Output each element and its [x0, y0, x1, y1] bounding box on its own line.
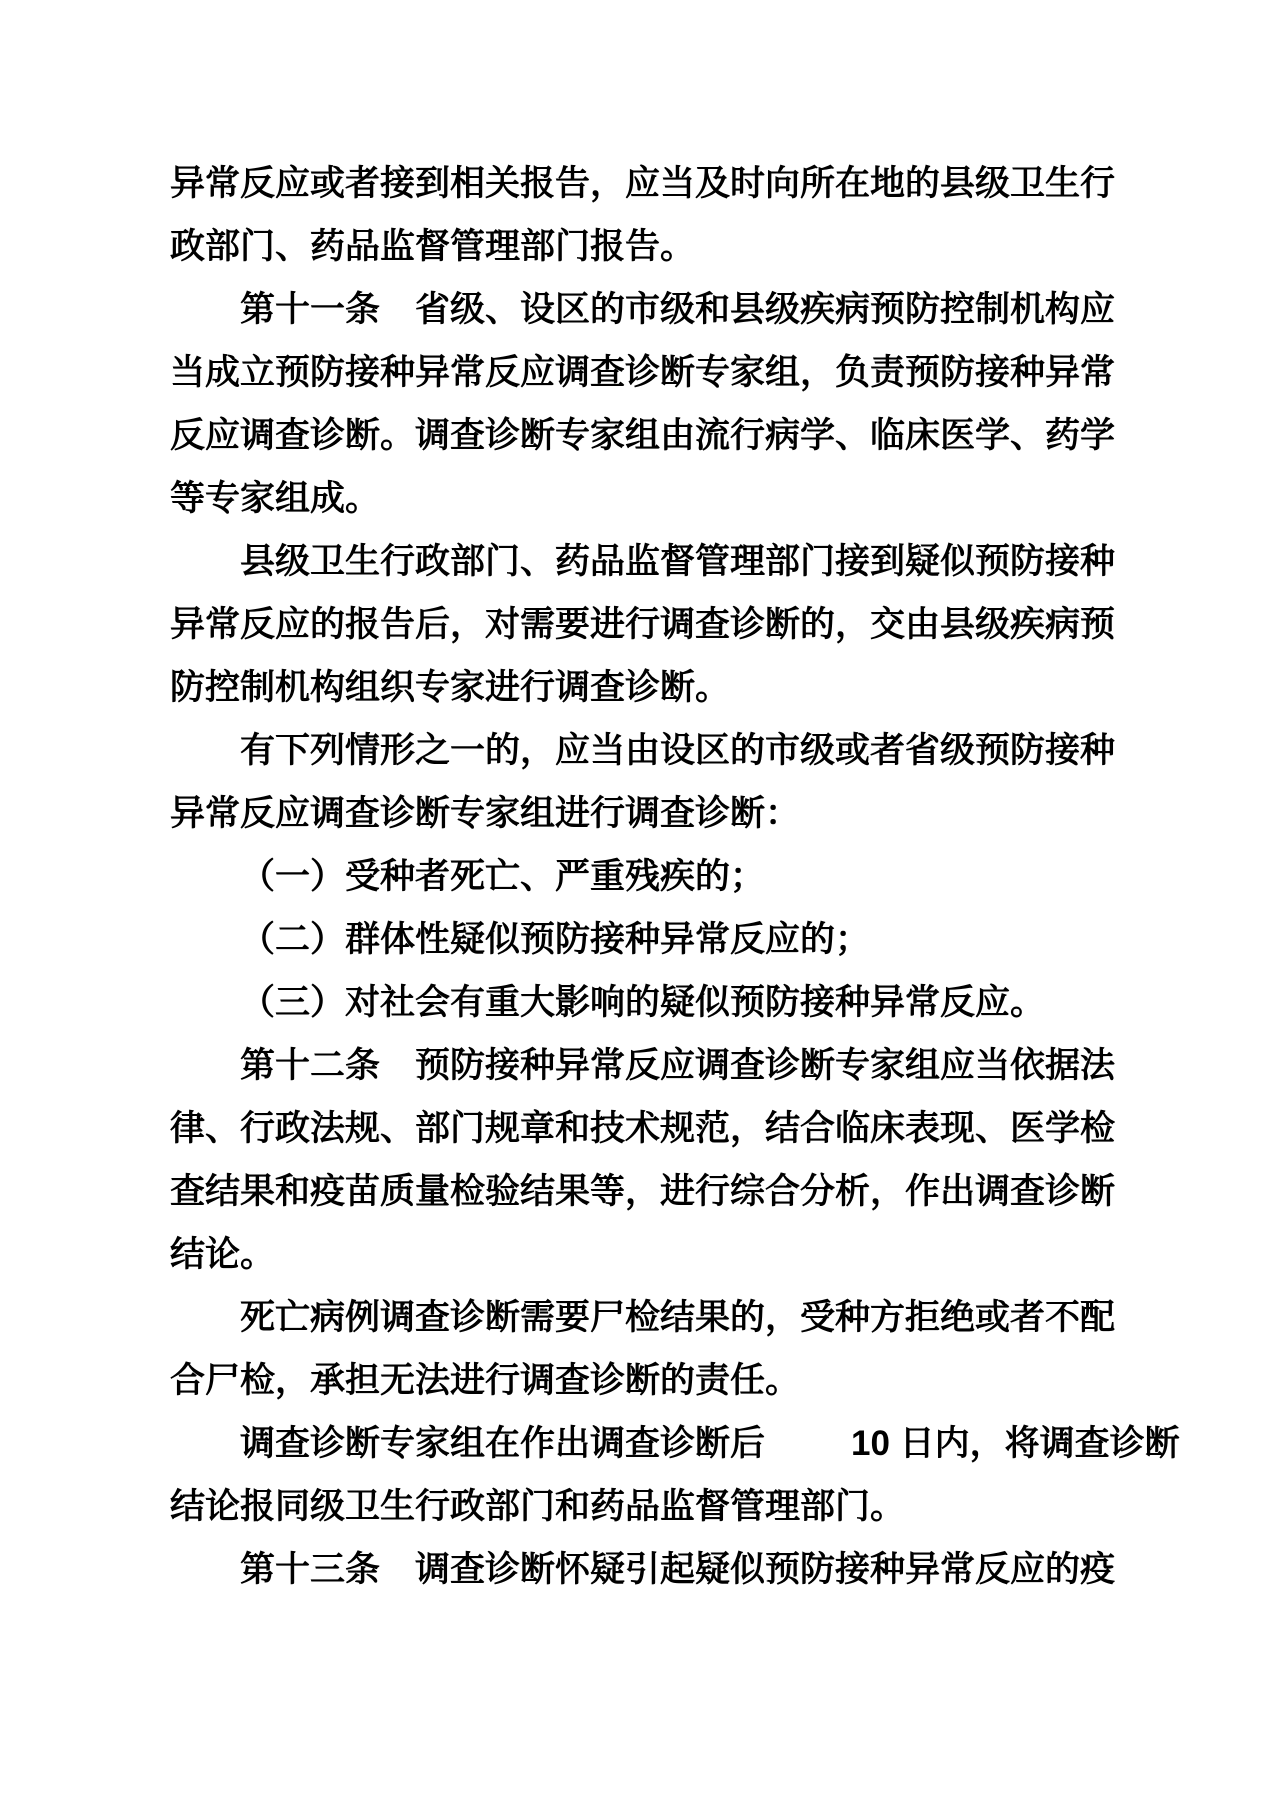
body-line: 防控制机构组织专家进行调查诊断。 — [170, 656, 1135, 719]
body-line-article-12: 第十二条 预防接种异常反应调查诊断专家组应当依据法 — [170, 1034, 1135, 1097]
body-line: 等专家组成。 — [170, 467, 1135, 530]
body-line-item-1: （一）受种者死亡、严重残疾的； — [170, 845, 1135, 908]
document-text-block: 异常反应或者接到相关报告，应当及时向所在地的县级卫生行 政部门、药品监督管理部门… — [170, 152, 1135, 1601]
body-line: 政部门、药品监督管理部门报告。 — [170, 215, 1135, 278]
body-line: 县级卫生行政部门、药品监督管理部门接到疑似预防接种 — [170, 530, 1135, 593]
clause-text-continued: 10 日内，将调查诊断 — [851, 1412, 1180, 1475]
body-line-item-3: （三）对社会有重大影响的疑似预防接种异常反应。 — [170, 971, 1135, 1034]
body-line: 当成立预防接种异常反应调查诊断专家组，负责预防接种异常 — [170, 341, 1135, 404]
body-line: 结论报同级卫生行政部门和药品监督管理部门。 — [170, 1475, 1135, 1538]
body-line: 律、行政法规、部门规章和技术规范，结合临床表现、医学检 — [170, 1097, 1135, 1160]
body-line: 反应调查诊断。调查诊断专家组由流行病学、临床医学、药学 — [170, 404, 1135, 467]
body-line: 异常反应的报告后，对需要进行调查诊断的，交由县级疾病预 — [170, 593, 1135, 656]
body-line-article-11: 第十一条 省级、设区的市级和县级疾病预防控制机构应 — [170, 278, 1135, 341]
body-line: 有下列情形之一的，应当由设区的市级或者省级预防接种 — [170, 719, 1135, 782]
body-line: 死亡病例调查诊断需要尸检结果的，受种方拒绝或者不配 — [170, 1286, 1135, 1349]
body-line: 合尸检，承担无法进行调查诊断的责任。 — [170, 1349, 1135, 1412]
body-line-item-2: （二）群体性疑似预防接种异常反应的； — [170, 908, 1135, 971]
body-line: 异常反应调查诊断专家组进行调查诊断： — [170, 782, 1135, 845]
body-line: 查结果和疫苗质量检验结果等，进行综合分析，作出调查诊断 — [170, 1160, 1135, 1223]
body-line-10-days: 调查诊断专家组在作出调查诊断后10 日内，将调查诊断 — [170, 1412, 1135, 1475]
document-page: 异常反应或者接到相关报告，应当及时向所在地的县级卫生行 政部门、药品监督管理部门… — [0, 0, 1274, 1803]
body-line: 异常反应或者接到相关报告，应当及时向所在地的县级卫生行 — [170, 152, 1135, 215]
body-line-article-13: 第十三条 调查诊断怀疑引起疑似预防接种异常反应的疫 — [170, 1538, 1135, 1601]
body-line: 结论。 — [170, 1223, 1135, 1286]
clause-text: 调查诊断专家组在作出调查诊断后 — [240, 1424, 765, 1463]
